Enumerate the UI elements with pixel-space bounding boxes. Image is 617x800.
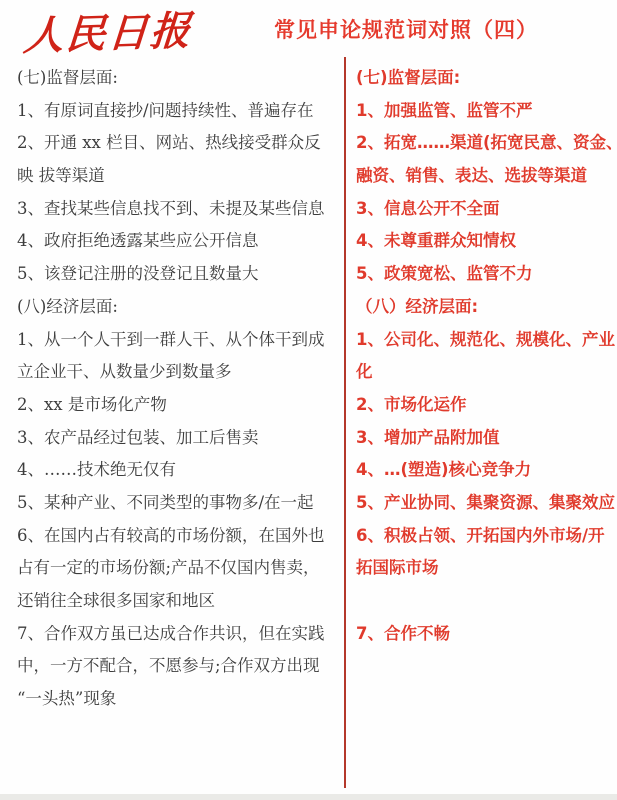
right-text-line: 1、加强监管、监管不严 xyxy=(356,95,614,128)
left-text-line: 6、在国内占有较高的市场份额，在国外也 xyxy=(17,520,343,553)
right-text-line: 7、合作不畅 xyxy=(356,618,614,651)
right-text-line: 2、市场化运作 xyxy=(356,389,614,422)
right-text-line: 5、政策宽松、监管不力 xyxy=(356,258,614,291)
left-text-line: 4、政府拒绝透露某些应公开信息 xyxy=(17,225,343,258)
page-bottom-edge xyxy=(0,794,617,800)
right-text-line: 3、信息公开不全面 xyxy=(356,193,614,226)
left-text-line: 3、农产品经过包装、加工后售卖 xyxy=(17,422,343,455)
right-column: (七)监督层面:1、加强监管、监管不严2、拓宽……渠道(拓宽民意、资金、融资、销… xyxy=(356,62,614,650)
right-text-line: （八）经济层面: xyxy=(356,291,614,324)
left-text-line: 1、有原词直接抄/问题持续性、普遍存在 xyxy=(17,95,343,128)
left-text-line: 2、开通 xx 栏目、网站、热线接受群众反 xyxy=(17,127,343,160)
page-title: 常见申论规范词对照（四） xyxy=(248,14,564,44)
column-divider xyxy=(344,57,346,788)
left-text-line: 5、该登记注册的没登记且数量大 xyxy=(17,258,343,291)
right-text-line: 4、…(塑造)核心竞争力 xyxy=(356,454,614,487)
right-text-line: 融资、销售、表达、选拔等渠道 xyxy=(356,160,614,193)
left-text-line: 立企业干、从数量少到数量多 xyxy=(17,356,343,389)
right-text-line: 6、积极占领、开拓国内外市场/开 xyxy=(356,520,614,553)
right-text-line: 1、公司化、规范化、规模化、产业 xyxy=(356,324,614,357)
right-text-line: 4、未尊重群众知情权 xyxy=(356,225,614,258)
left-text-line: (八)经济层面: xyxy=(17,291,343,324)
left-text-line: 7、合作双方虽已达成合作共识，但在实践 xyxy=(17,618,343,651)
left-text-line: 还销往全球很多国家和地区 xyxy=(17,585,343,618)
left-text-line: 5、某种产业、不同类型的事物多/在一起 xyxy=(17,487,343,520)
right-text-line: 拓国际市场 xyxy=(356,552,614,585)
left-text-line: 2、xx 是市场化产物 xyxy=(17,389,343,422)
right-text-line: 化 xyxy=(356,356,614,389)
left-text-line: 1、从一个人干到一群人干、从个体干到成 xyxy=(17,324,343,357)
peoples-daily-logo: 人民日报 xyxy=(22,0,195,62)
left-column: (七)监督层面:1、有原词直接抄/问题持续性、普遍存在2、开通 xx 栏目、网站… xyxy=(17,62,343,716)
right-text-line: (七)监督层面: xyxy=(356,62,614,95)
left-text-line: 4、……技术绝无仅有 xyxy=(17,454,343,487)
document-page: 人民日报 常见申论规范词对照（四） (七)监督层面:1、有原词直接抄/问题持续性… xyxy=(0,0,617,800)
left-text-line: 中，一方不配合，不愿参与;合作双方出现 xyxy=(17,650,343,683)
right-text-line xyxy=(356,585,614,618)
left-text-line: (七)监督层面: xyxy=(17,62,343,95)
right-text-line: 2、拓宽……渠道(拓宽民意、资金、 xyxy=(356,127,614,160)
left-text-line: “一头热”现象 xyxy=(17,683,343,716)
right-text-line: 3、增加产品附加值 xyxy=(356,422,614,455)
left-text-line: 占有一定的市场份额;产品不仅国内售卖， xyxy=(17,552,343,585)
left-text-line: 映 拔等渠道 xyxy=(17,160,343,193)
right-text-line: 5、产业协同、集聚资源、集聚效应 xyxy=(356,487,614,520)
left-text-line: 3、查找某些信息找不到、未提及某些信息 xyxy=(17,193,343,226)
